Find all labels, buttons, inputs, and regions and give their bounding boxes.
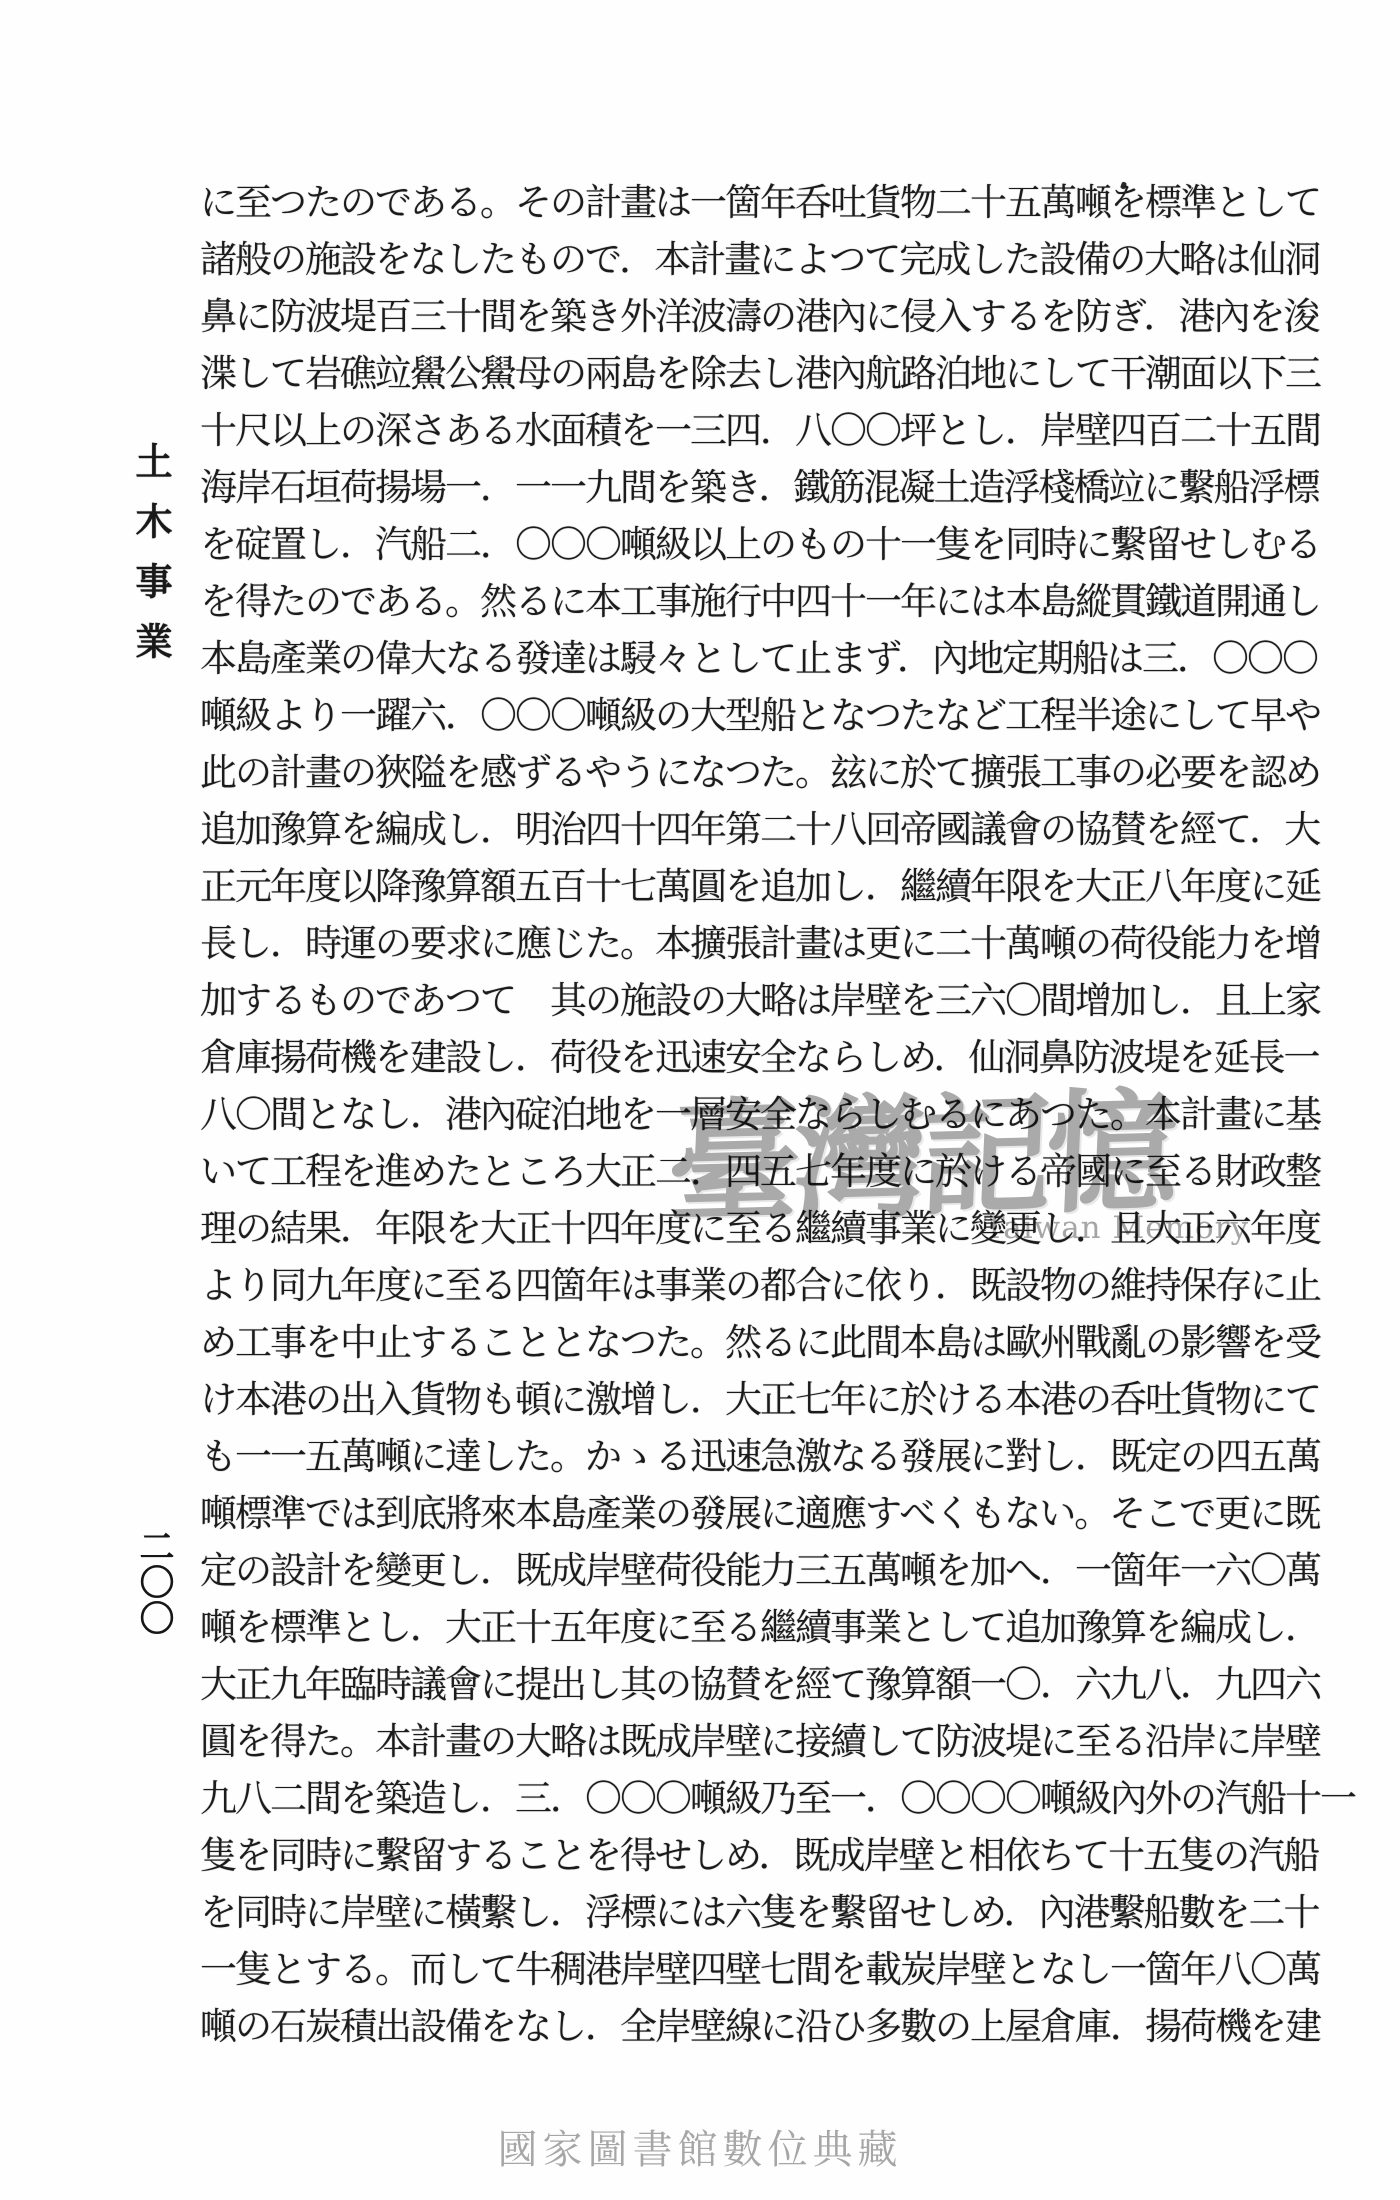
text-line: 噸を標準とし．大正十五年度に至る繼續事業として追加豫算を編成し． [200,1599,1294,1656]
text-line: も一一五萬噸に達した。かゝる迅速急激なる發展に對し．既定の四五萬 [200,1428,1294,1485]
text-line: 海岸石垣荷揚場一．一一九間を築き．鐵筋混凝土造浮棧橋竝に繫船浮標 [200,459,1294,516]
text-line: け本港の出入貨物も頓に激增し．大正七年に於ける本港の呑吐貨物にて [200,1371,1294,1428]
text-line: 噸の石炭積出設備をなし．全岸壁線に沿ひ多數の上屋倉庫．揚荷機を建 [200,1998,1294,2055]
text-line: 理の結果．年限を大正十四年度に至る繼續事業に變更し．且大正六年度 [200,1200,1294,1257]
text-line: 正元年度以降豫算額五百十七萬圓を追加し．繼續年限を大正八年度に延 [200,858,1294,915]
text-line: 大正九年臨時議會に提出し其の協賛を經て豫算額一〇．六九八．九四六 [200,1656,1294,1713]
text-line: より同九年度に至る四箇年は事業の都合に依り．既設物の維持保存に止 [200,1257,1294,1314]
document-scan-page: 土木事業 二〇〇 に至つたのである。その計畫は一箇年呑吐貨物二十五萬噸を標準とし… [0,0,1400,2200]
text-line: 本島產業の偉大なる發達は駸々として止まず．內地定期船は三．〇〇〇 [200,630,1294,687]
text-line: に至つたのである。その計畫は一箇年呑吐貨物二十五萬噸を標準として [200,174,1294,231]
text-line: いて工程を進めたところ大正二．四五七年度に於ける帝國に至る財政整 [200,1143,1294,1200]
text-line: 倉庫揚荷機を建設し．荷役を迅速安全ならしめ．仙洞鼻防波堤を延長一 [200,1029,1294,1086]
text-line: 八〇間となし．港內碇泊地を一層安全ならしむるにあつた。本計畫に基 [200,1086,1294,1143]
text-line: 噸標準では到底將來本島產業の發展に適應すべくもない。そこで更に既 [200,1485,1294,1542]
text-line: 長し．時運の要求に應じた。本擴張計畫は更に二十萬噸の荷役能力を增 [200,915,1294,972]
text-line: を碇置し．汽船二．〇〇〇噸級以上のもの十一隻を同時に繫留せしむる [200,516,1294,573]
text-line: 隻を同時に繫留することを得せしめ．既成岸壁と相依ちて十五隻の汽船 [200,1827,1294,1884]
text-line: 一隻とする。而して牛稠港岸壁四壁七間を載炭岸壁となし一箇年八〇萬 [200,1941,1294,1998]
text-line: 此の計畫の狹隘を感ずるやうになつた。玆に於て擴張工事の必要を認め [200,744,1294,801]
text-line: 九八二間を築造し．三．〇〇〇噸級乃至一．〇〇〇〇噸級內外の汽船十一 [200,1770,1294,1827]
text-line: 噸級より一躍六．〇〇〇噸級の大型船となつたなど工程半途にして早や [200,687,1294,744]
text-line: 圓を得た。本計畫の大略は既成岸壁に接續して防波堤に至る沿岸に岸壁 [200,1713,1294,1770]
body-text-block: に至つたのである。その計畫は一箇年呑吐貨物二十五萬噸を標準として諸般の施設をなし… [200,174,1294,2055]
page-number: 二〇〇 [129,1528,179,1636]
text-line: 諸般の施設をなしたもので．本計畫によつて完成した設備の大略は仙洞 [200,231,1294,288]
section-side-label: 土木事業 [124,442,178,682]
text-line: 定の設計を變更し．既成岸壁荷役能力三五萬噸を加へ．一箇年一六〇萬 [200,1542,1294,1599]
text-line: 鼻に防波堤百三十間を築き外洋波濤の港內に侵入するを防ぎ．港內を浚 [200,288,1294,345]
text-line: 追加豫算を編成し．明治四十四年第二十八回帝國議會の協賛を經て．大 [200,801,1294,858]
text-line: 加するものであつて 其の施設の大略は岸壁を三六〇間增加し．且上家 [200,972,1294,1029]
text-line: を同時に岸壁に橫繫し．浮標には六隻を繫留せしめ．內港繫船數を二十 [200,1884,1294,1941]
text-line: め工事を中止することとなつた。然るに此間本島は歐州戰亂の影響を受 [200,1314,1294,1371]
text-line: 十尺以上の深さある水面積を一三四．八〇〇坪とし．岸壁四百二十五間 [200,402,1294,459]
text-line: を得たのである。然るに本工事施行中四十一年には本島縱貫鐵道開通し [200,573,1294,630]
text-line: 渫して岩礁竝鱟公鱟母の兩島を除去し港內航路泊地にして干潮面以下三 [200,345,1294,402]
archive-footer-label: 國家圖書館數位典藏 [0,2118,1400,2175]
